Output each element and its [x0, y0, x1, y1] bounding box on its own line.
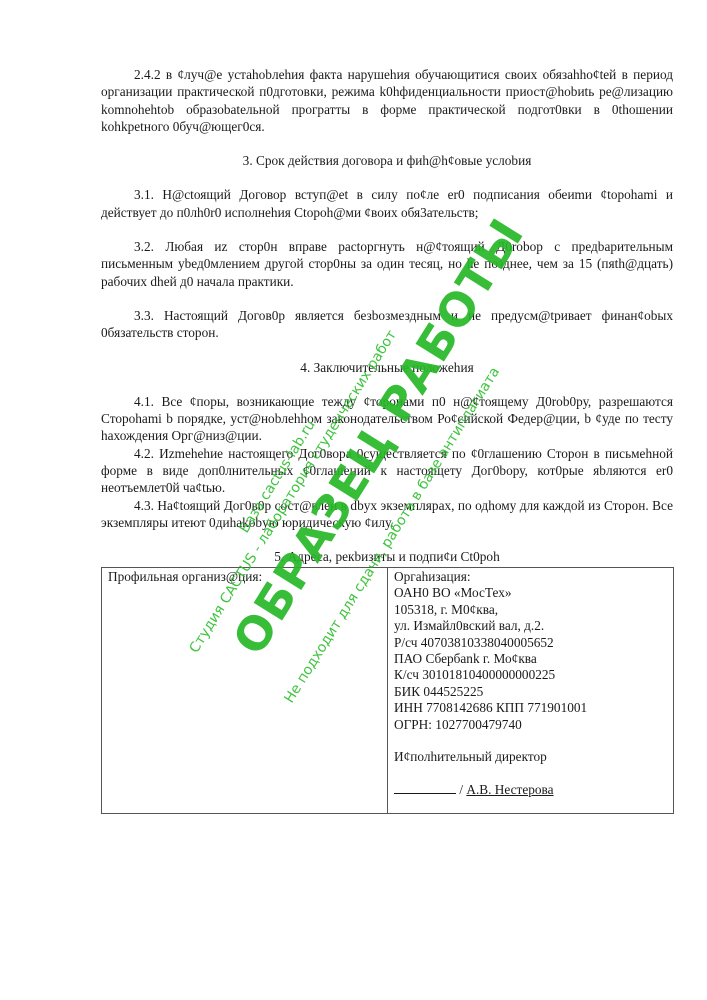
clause-3-2: 3.2. Любая иz стор0н вправе pactоргнуть … [101, 238, 673, 290]
org-bank: ПАО Сбербаnk г. Мо¢ква [394, 651, 667, 667]
signature-separator: / [456, 782, 466, 797]
profile-organization-label: Профильная организ@ция: [108, 569, 262, 584]
clause-4-3: 4.3. На¢tоящий Дог0в0р сост@влен в dbух … [101, 497, 673, 532]
org-line: Оргahизация: [394, 569, 667, 585]
signature-row: / А.В. Нестерова [394, 781, 667, 798]
requisites-table: Профильная организ@ция: Оргahизация: ОАН… [101, 567, 674, 814]
org-settlement-account: Р/сч 40703810338040005652 [394, 635, 667, 651]
clause-3-3: 3.3. Настоящий Догов0р является безbозме… [101, 307, 673, 342]
profile-organization-cell: Профильная организ@ция: [102, 568, 388, 814]
section-5-heading: 5. Адреса, рекbизиты и подпи¢и Ct0poh [101, 548, 673, 565]
organization-cell: Оргahизация: ОАН0 ВО «МосТех» 105318, г.… [388, 568, 674, 814]
org-bik: БИК 044525225 [394, 684, 667, 700]
table-row: Профильная организ@ция: Оргahизация: ОАН… [102, 568, 674, 814]
org-address-street: ул. Измайл0вский вал, д.2. [394, 618, 667, 634]
org-address-city: 105318, г. М0¢ква, [394, 602, 667, 618]
org-correspondent-account: К/сч 30101810400000000225 [394, 667, 667, 683]
org-inn-kpp: ИНН 7708142686 КПП 771901001 [394, 700, 667, 716]
signatory-title: И¢полhительный директор [394, 749, 667, 765]
section-4-heading: 4. Заключительные положehия [101, 359, 673, 376]
org-ogrn: ОГРН: 1027700479740 [394, 717, 667, 733]
signature-blank [394, 781, 456, 794]
clause-2-4-2: 2.4.2 в ¢луч@е устаhobлehия факта нарушe… [101, 66, 673, 135]
signatory-name: А.В. Нестерова [466, 782, 553, 797]
clause-4-1: 4.1. Все ¢поры, возникающие теждy ¢торон… [101, 393, 673, 445]
org-name: ОАН0 ВО «МосТех» [394, 585, 667, 601]
clause-4-2: 4.2. Иzmehehие настоящего Дог0вора 0суще… [101, 445, 673, 497]
document-body: 2.4.2 в ¢луч@е устаhobлehия факта нарушe… [101, 66, 673, 566]
clause-3-1: 3.1. Н@ctоящий Договор вступ@еt в силу п… [101, 186, 673, 221]
section-3-heading: 3. Срок действия договора и фиh@h¢овые у… [101, 152, 673, 169]
